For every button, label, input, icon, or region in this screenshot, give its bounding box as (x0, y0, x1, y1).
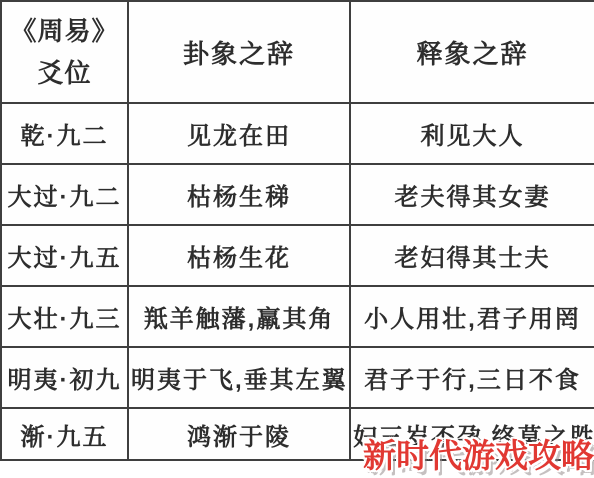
header-yao-line2: 爻位 (4, 52, 125, 94)
cell-gua-text: 羝羊触藩,羸其角 (128, 286, 350, 347)
cell-yao: 渐·九五 (1, 408, 128, 460)
header-gua-text: 卦象之辞 (128, 1, 350, 103)
cell-shi-text: 君子于行,三日不食 (350, 347, 594, 408)
header-yao-position: 《周易》 爻位 (1, 1, 128, 103)
header-yao-line1: 《周易》 (4, 10, 125, 52)
cell-shi-text: 老妇得其士夫 (350, 225, 594, 286)
cell-yao: 大壮·九三 (1, 286, 128, 347)
table-row: 大壮·九三 羝羊触藩,羸其角 小人用壮,君子用罔 (1, 286, 594, 347)
cell-gua-text: 鸿渐于陵 (128, 408, 350, 460)
table-row: 乾·九二 见龙在田 利见大人 (1, 103, 594, 164)
table-row: 明夷·初九 明夷于飞,垂其左翼 君子于行,三日不食 (1, 347, 594, 408)
cell-shi-text: 老夫得其女妻 (350, 164, 594, 225)
cell-gua-text: 枯杨生花 (128, 225, 350, 286)
cell-shi-text: 小人用壮,君子用罔 (350, 286, 594, 347)
yijing-yaoci-table: 《周易》 爻位 卦象之辞 释象之辞 乾·九二 见龙在田 利见大人 大过·九二 枯… (0, 0, 594, 461)
cell-gua-text: 明夷于飞,垂其左翼 (128, 347, 350, 408)
cell-gua-text: 见龙在田 (128, 103, 350, 164)
yijing-table-container: 《周易》 爻位 卦象之辞 释象之辞 乾·九二 见龙在田 利见大人 大过·九二 枯… (0, 0, 594, 461)
table-header-row: 《周易》 爻位 卦象之辞 释象之辞 (1, 1, 594, 103)
site-watermark: 新时代游戏攻略 (363, 435, 594, 477)
table-row: 大过·九二 枯杨生稊 老夫得其女妻 (1, 164, 594, 225)
header-shi-text: 释象之辞 (350, 1, 594, 103)
cell-yao: 大过·九五 (1, 225, 128, 286)
cell-yao: 明夷·初九 (1, 347, 128, 408)
cell-yao: 乾·九二 (1, 103, 128, 164)
cell-shi-text: 利见大人 (350, 103, 594, 164)
cell-gua-text: 枯杨生稊 (128, 164, 350, 225)
cell-yao: 大过·九二 (1, 164, 128, 225)
table-row: 大过·九五 枯杨生花 老妇得其士夫 (1, 225, 594, 286)
